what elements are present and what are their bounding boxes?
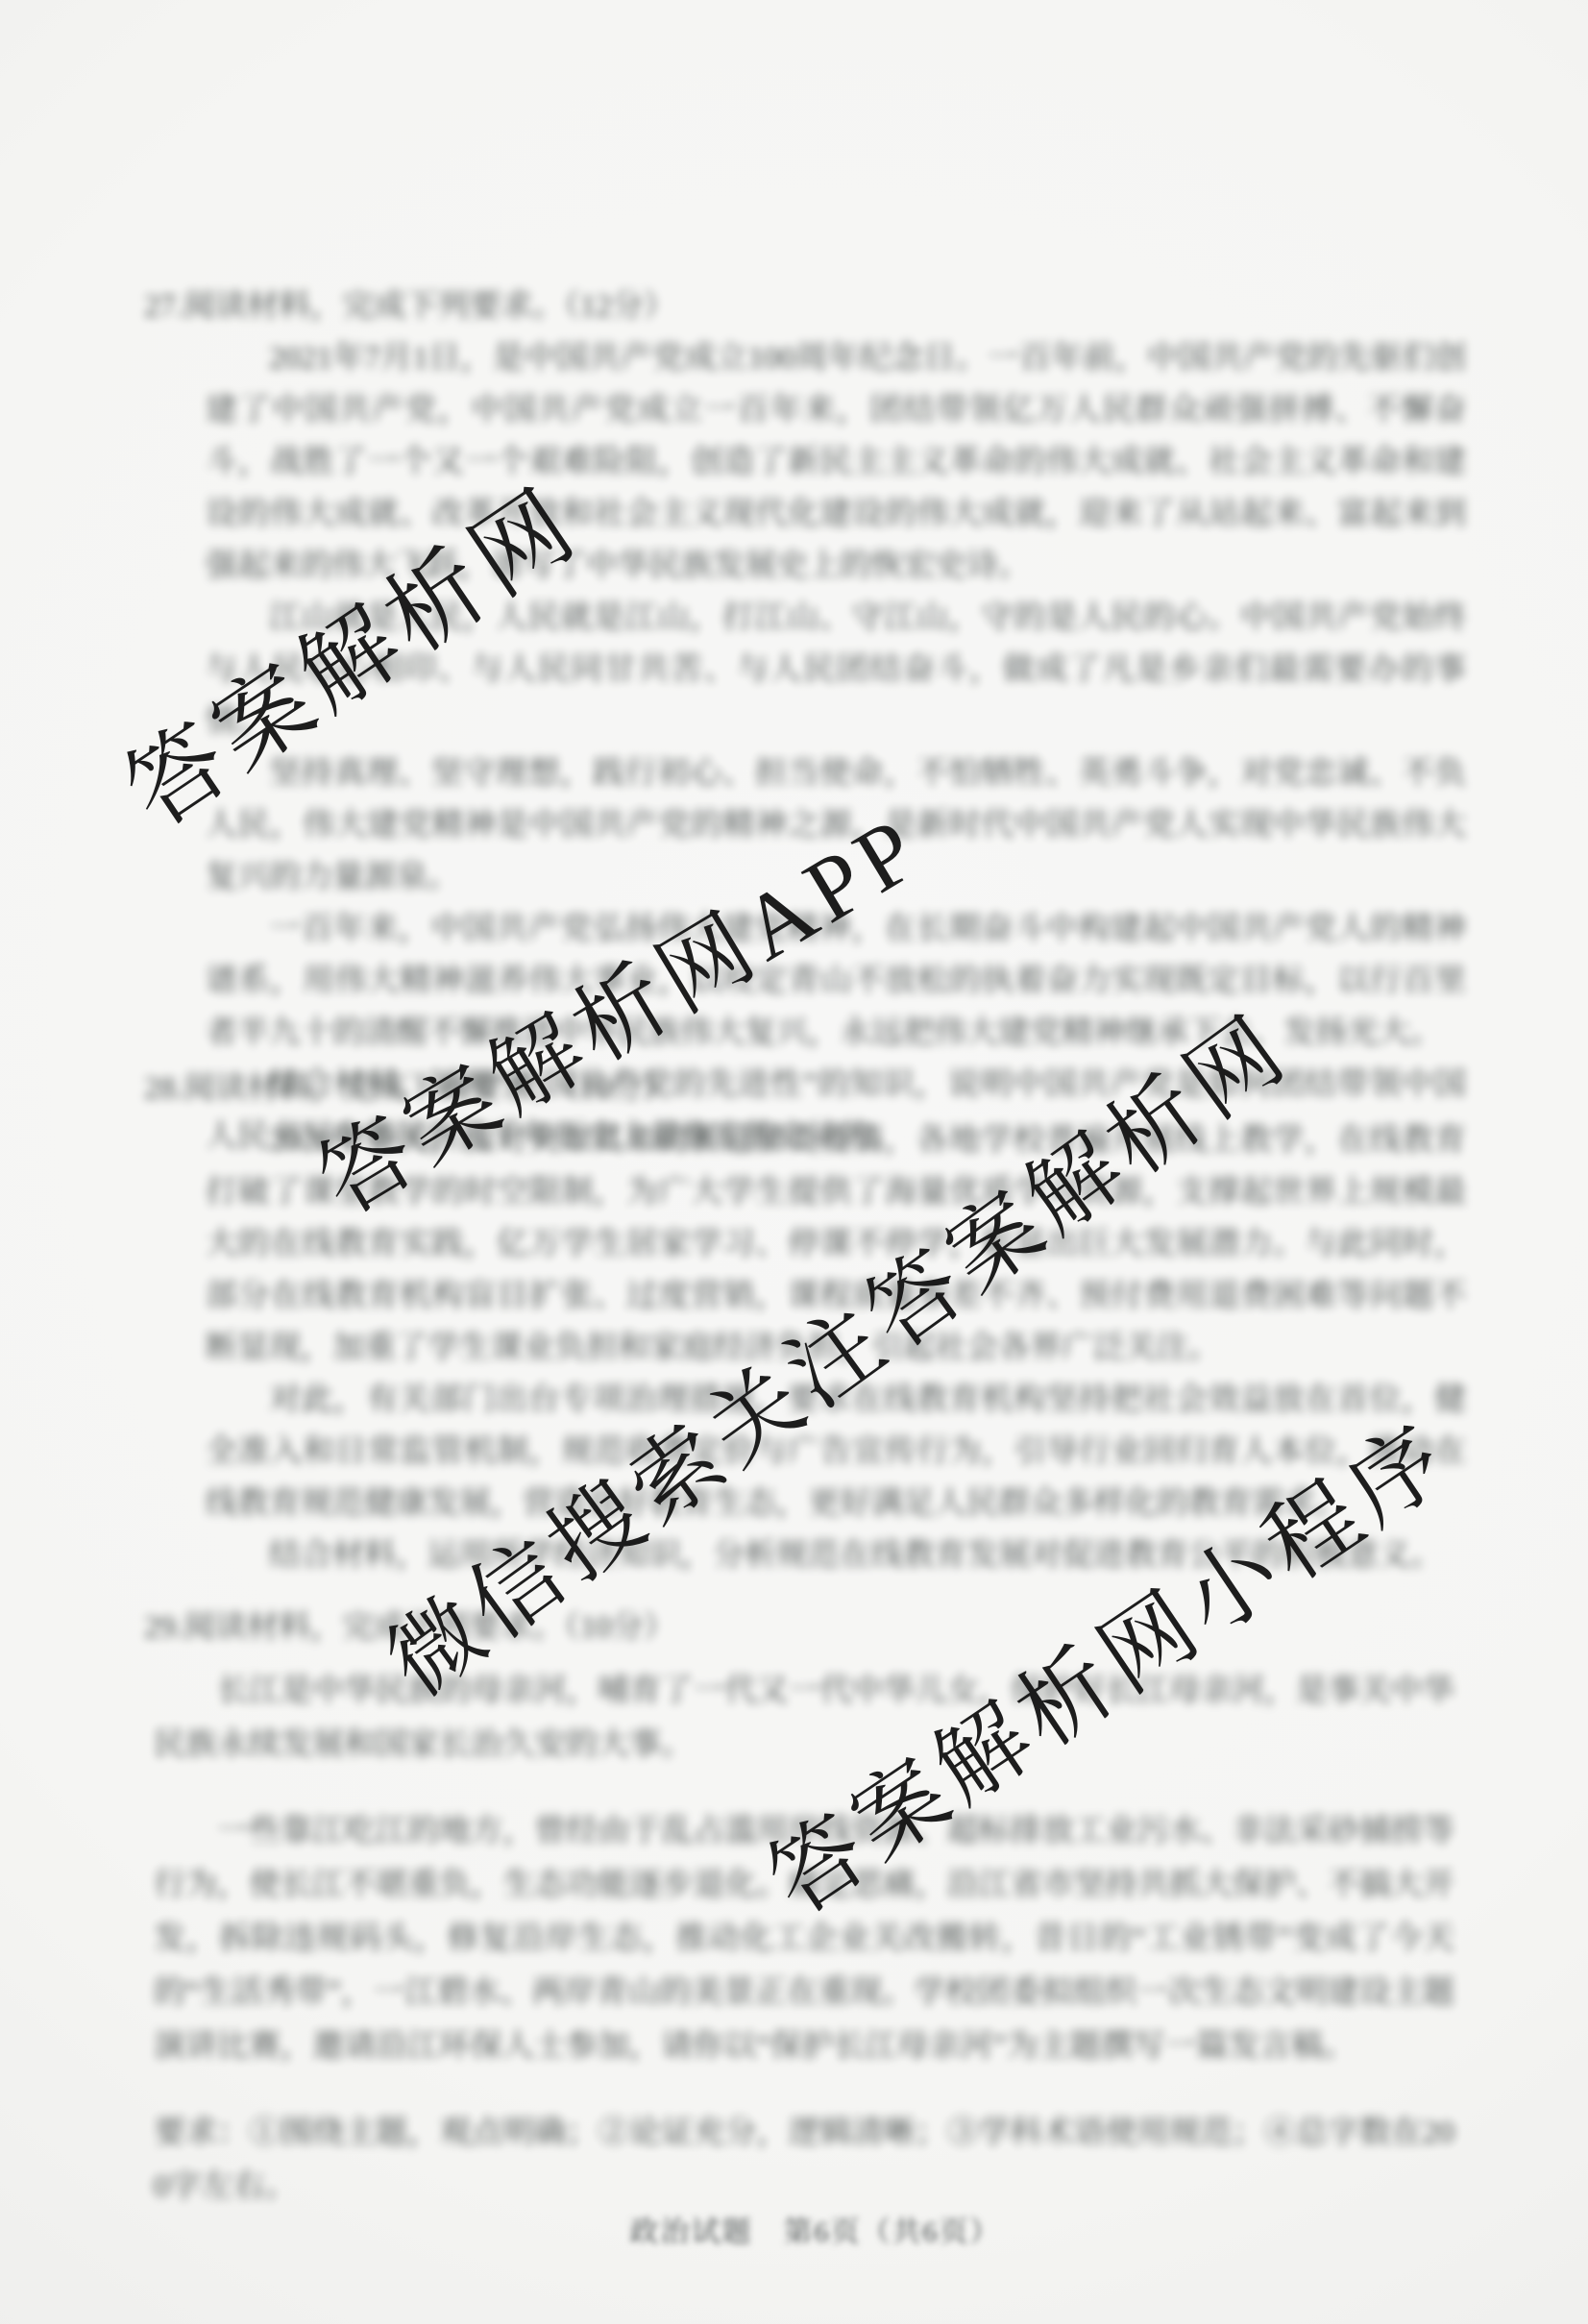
- question-paragraph: 长江是中华民族的母亲河，哺育了一代又一代中华儿女，保护好长江母亲河，是事关中华民…: [154, 1664, 1454, 1772]
- question-paragraph: 要求：①围绕主题，观点明确；②论证充分，逻辑清晰；③学科术语使用规范；④总字数在…: [154, 2106, 1454, 2214]
- question-body: 长江是中华民族的母亲河，哺育了一代又一代中华儿女，保护好长江母亲河，是事关中华民…: [154, 1664, 1454, 2214]
- question-block-29: 29.阅读材料，完成下列要求。（10分）长江是中华民族的母亲河，哺育了一代又一代…: [144, 1601, 1454, 2246]
- exam-page: 27.阅读材料，完成下列要求。（12分）2021年7月1日，是中国共产党成立10…: [0, 0, 1588, 2324]
- question-header: 27.阅读材料，完成下列要求。（12分）: [144, 281, 1466, 332]
- page-footer: 政治试题 第6页（共6页）: [21, 2208, 1588, 2250]
